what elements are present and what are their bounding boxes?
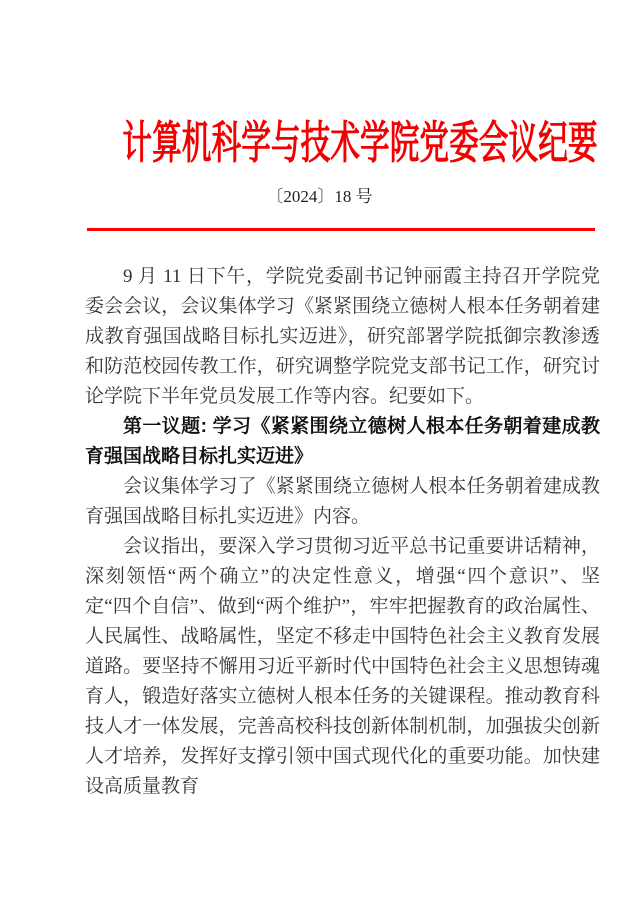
paragraph-meeting-remarks: 会议指出，要深入学习贯彻习近平总书记重要讲话精神，深刻领悟“两个确立”的决定性意… (85, 532, 600, 802)
paragraph-collective-study: 会议集体学习了《紧紧围绕立德树人根本任务朝着建成教育强国战略目标扎实迈进》内容。 (85, 472, 600, 532)
document-page: 计算机科学与技术学院党委会议纪要 〔2024〕18 号 9 月 11 日下午，学… (0, 0, 639, 905)
document-body: 9 月 11 日下午，学院党委副书记钟丽霞主持召开学院党委会会议，会议集体学习《… (85, 262, 600, 802)
document-title-text: 计算机科学与技术学院党委会议纪要 (122, 118, 597, 168)
document-title: 计算机科学与技术学院党委会议纪要 (0, 118, 639, 168)
topic-1-heading: 第一议题: 学习《紧紧围绕立德树人根本任务朝着建成教育强国战略目标扎实迈进》 (85, 412, 600, 472)
red-divider-line (87, 228, 595, 231)
document-number: 〔2024〕18 号 (0, 186, 639, 208)
paragraph-meeting-intro: 9 月 11 日下午，学院党委副书记钟丽霞主持召开学院党委会会议，会议集体学习《… (85, 262, 600, 412)
